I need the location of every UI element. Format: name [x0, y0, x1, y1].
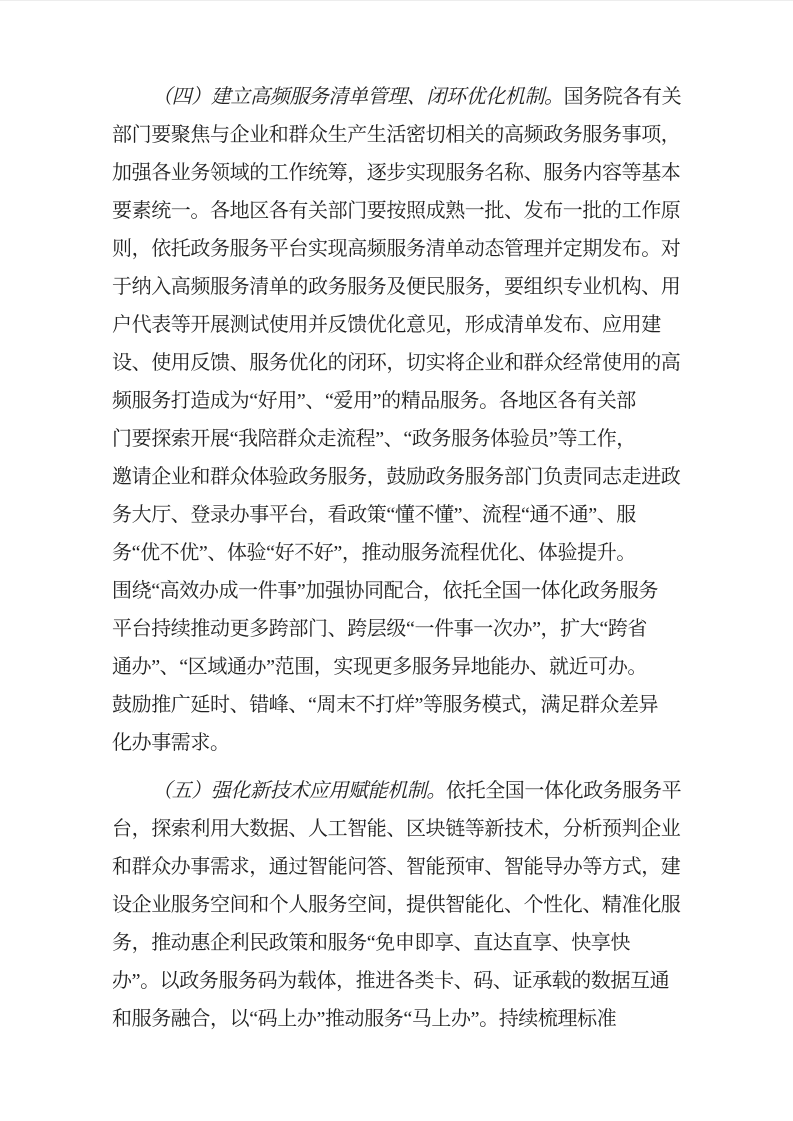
text-line: 设、使用反馈、服务优化的闭环，切实将企业和群众经常使用的高: [112, 344, 678, 382]
text-line: 围绕“高效办成一件事”加强协同配合，依托全国一体化政务服务: [112, 572, 678, 610]
text-line: 则，依托政务服务平台实现高频服务清单动态管理并定期发布。对: [112, 230, 678, 268]
text-line: （五）强化新技术应用赋能机制。依托全国一体化政务服务平: [112, 772, 678, 810]
text-line: 平台持续推动更多跨部门、跨层级“一件事一次办”，扩大“跨省: [112, 610, 678, 648]
text-line: 于纳入高频服务清单的政务服务及便民服务，要组织专业机构、用: [112, 268, 678, 306]
text-line: 台，探索利用大数据、人工智能、区块链等新技术，分析预判企业: [112, 810, 678, 848]
text-line: 设企业服务空间和个人服务空间，提供智能化、个性化、精准化服: [112, 886, 678, 924]
text-line: 通办”、“区域通办”范围，实现更多服务异地能办、就近可办。: [112, 648, 678, 686]
text-run: 国务院各有关: [564, 86, 682, 108]
paragraph-section-5: （五）强化新技术应用赋能机制。依托全国一体化政务服务平 台，探索利用大数据、人工…: [112, 772, 678, 1038]
text-line: 化办事需求。: [112, 724, 678, 762]
text-line: 加强各业务领域的工作统筹，逐步实现服务名称、服务内容等基本: [112, 154, 678, 192]
section-heading: （五）强化新技术应用赋能机制。: [152, 780, 446, 802]
text-line: 部门要聚焦与企业和群众生产生活密切相关的高频政务服务事项，: [112, 116, 678, 154]
text-run: 依托全国一体化政务服务平: [446, 780, 681, 802]
text-line: 务大厅、登录办事平台，看政策“懂不懂”、流程“通不通”、服: [112, 496, 678, 534]
text-line: 务，推动惠企利民政策和服务“免申即享、直达直享、快享快: [112, 924, 678, 962]
text-line: 和服务融合，以“码上办”推动服务“马上办”。持续梳理标准: [112, 1000, 678, 1038]
section-heading: （四）建立高频服务清单管理、闭环优化机制。: [152, 86, 564, 108]
text-line: 要素统一。各地区各有关部门要按照成熟一批、发布一批的工作原: [112, 192, 678, 230]
text-line: 门要探索开展“我陪群众走流程”、“政务服务体验员”等工作，: [112, 420, 678, 458]
text-line: 频服务打造成为“好用”、“爱用”的精品服务。各地区各有关部: [112, 382, 678, 420]
paragraph-section-4: （四）建立高频服务清单管理、闭环优化机制。国务院各有关 部门要聚焦与企业和群众生…: [112, 78, 678, 762]
text-line: 办”。以政务服务码为载体，推进各类卡、码、证承载的数据互通: [112, 962, 678, 1000]
document-body: （四）建立高频服务清单管理、闭环优化机制。国务院各有关 部门要聚焦与企业和群众生…: [112, 78, 678, 1038]
text-line: （四）建立高频服务清单管理、闭环优化机制。国务院各有关: [112, 78, 678, 116]
text-line: 鼓励推广延时、错峰、“周末不打烊”等服务模式，满足群众差异: [112, 686, 678, 724]
text-line: 户代表等开展测试使用并反馈优化意见，形成清单发布、应用建: [112, 306, 678, 344]
text-line: 邀请企业和群众体验政务服务，鼓励政务服务部门负责同志走进政: [112, 458, 678, 496]
text-line: 和群众办事需求，通过智能问答、智能预审、智能导办等方式，建: [112, 848, 678, 886]
text-line: 务“优不优”、体验“好不好”，推动服务流程优化、体验提升。: [112, 534, 678, 572]
document-page: （四）建立高频服务清单管理、闭环优化机制。国务院各有关 部门要聚焦与企业和群众生…: [0, 0, 793, 1121]
